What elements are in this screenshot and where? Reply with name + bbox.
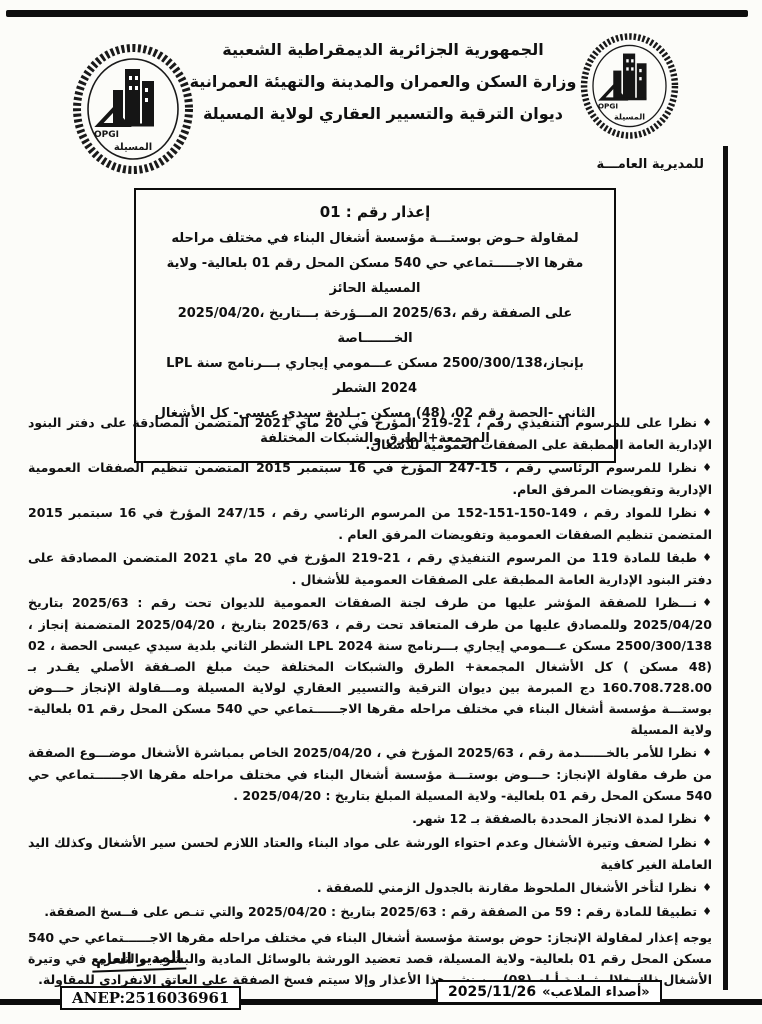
diamond-bullet-icon: ♦ xyxy=(702,742,712,763)
notice-bullet: ♦نظرا للأمر بالخــــــدمة رقم ، 2025/63 … xyxy=(28,742,712,806)
header-ministry: وزارة السكن والعمران والمدينة والتهيئة ا… xyxy=(178,66,588,98)
diamond-bullet-icon: ♦ xyxy=(702,412,712,433)
notice-line: لمقاولة حـوض بوستـــة مؤسسة أشغال البناء… xyxy=(148,226,602,251)
notice-line: بإنجاز،2500/300/138 مسكن عـــمومي إيجاري… xyxy=(148,351,602,401)
directorate-label: للمديرية العامـــة xyxy=(594,157,704,172)
notice-bullet: ♦نظرا لمدة الانجاز المحددة بالصفقة بـ 12… xyxy=(28,808,712,830)
director-signature: المدير العام xyxy=(92,947,186,972)
notice-title: إعذار رقم : 01 xyxy=(148,198,602,226)
logo-opgi-text: OPGI xyxy=(598,102,619,111)
anep-number-box: ANEP:2516036961 xyxy=(60,986,241,1010)
notice-bullet: ♦نظرا لتأخر الأشغال الملحوظ مقارنة بالجد… xyxy=(28,877,712,899)
diamond-bullet-icon: ♦ xyxy=(702,901,712,922)
notice-bullet: ♦نظرا على للمرسوم التنفيذي رقم ، 21-219 … xyxy=(28,412,712,455)
logo-opgi-text: OPGI xyxy=(94,130,119,140)
bullet-text: نظرا على للمرسوم التنفيذي رقم ، 21-219 ا… xyxy=(28,415,712,452)
bullet-text: نظرا للمرسوم الرئاسي رقم ، 15-247 المؤرخ… xyxy=(28,460,712,497)
opgi-stamp-right: OPGI المسيلة xyxy=(580,32,679,140)
newspaper-date-box: «أصداء الملاعب» 2025/11/26 xyxy=(436,980,662,1004)
opgi-stamp-icon: OPGI المسيلة xyxy=(580,32,679,140)
notice-line: مقرها الاجـــــتماعي حي 540 مسكن المحل ر… xyxy=(148,251,602,301)
notice-line: على الصفقة رقم ،2025/63 المـــؤرخة بـــت… xyxy=(148,301,602,351)
notice-bullet: ♦نظرا للمرسوم الرئاسي رقم ، 15-247 المؤر… xyxy=(28,457,712,500)
anep-number: ANEP:2516036961 xyxy=(72,989,229,1007)
notice-bullet: ♦تطبيقا للمادة رقم : 59 من الصفقة رقم : … xyxy=(28,901,712,923)
notice-bullet: ♦نظرا للمواد رقم ، 149-150-151-152 من ال… xyxy=(28,502,712,545)
bullet-text: نظرا لمدة الانجاز المحددة بالصفقة بـ 12 … xyxy=(412,811,697,826)
diamond-bullet-icon: ♦ xyxy=(702,832,712,853)
diamond-bullet-icon: ♦ xyxy=(702,877,712,898)
diamond-bullet-icon: ♦ xyxy=(702,547,712,568)
publication-date: 2025/11/26 xyxy=(448,984,536,1000)
opgi-stamp-left: OPGI المسيلة xyxy=(72,44,194,174)
diamond-bullet-icon: ♦ xyxy=(702,502,712,523)
bullet-text: نظرا لتأخر الأشغال الملحوظ مقارنة بالجدو… xyxy=(317,880,697,895)
notice-body: ♦نظرا على للمرسوم التنفيذي رقم ، 21-219 … xyxy=(28,412,712,990)
newspaper-name: «أصداء الملاعب» xyxy=(542,985,650,1000)
header: الجمهورية الجزائرية الديمقراطية الشعبية … xyxy=(178,34,588,130)
notice-bullet: ♦طبقا للمادة 119 من المرسوم التنفيذي رقم… xyxy=(28,547,712,590)
notice-bullet: ♦نظرا لضعف وتيرة الأشغال وعدم احتواء الو… xyxy=(28,832,712,875)
top-border-line xyxy=(6,10,748,17)
notice-bullet: ♦نـــظرا للصفقة المؤشر عليها من طرف لجنة… xyxy=(28,592,712,740)
document-page: OPGI المسيلة OPGI المسيلة الجمهورية الجز… xyxy=(0,0,762,1024)
diamond-bullet-icon: ♦ xyxy=(702,457,712,478)
opgi-stamp-icon: OPGI المسيلة xyxy=(72,44,194,174)
bullet-text: نظرا للأمر بالخــــــدمة رقم ، 2025/63 ا… xyxy=(28,745,712,803)
header-office: ديوان الترقية والتسيير العقاري لولاية ال… xyxy=(178,98,588,130)
bullet-text: نـــظرا للصفقة المؤشر عليها من طرف لجنة … xyxy=(28,595,712,737)
bullet-text: نظرا للمواد رقم ، 149-150-151-152 من الم… xyxy=(28,505,712,542)
diamond-bullet-icon: ♦ xyxy=(702,808,712,829)
header-republic: الجمهورية الجزائرية الديمقراطية الشعبية xyxy=(178,34,588,66)
diamond-bullet-icon: ♦ xyxy=(702,592,712,613)
logo-city-text: المسيلة xyxy=(614,111,645,121)
bullet-text: تطبيقا للمادة رقم : 59 من الصفقة رقم : 2… xyxy=(44,904,697,919)
bullet-text: طبقا للمادة 119 من المرسوم التنفيذي رقم … xyxy=(28,550,712,587)
bullet-text: نظرا لضعف وتيرة الأشغال وعدم احتواء الور… xyxy=(28,835,712,872)
right-border-line xyxy=(723,146,728,990)
logo-city-text: المسيلة xyxy=(114,142,152,153)
